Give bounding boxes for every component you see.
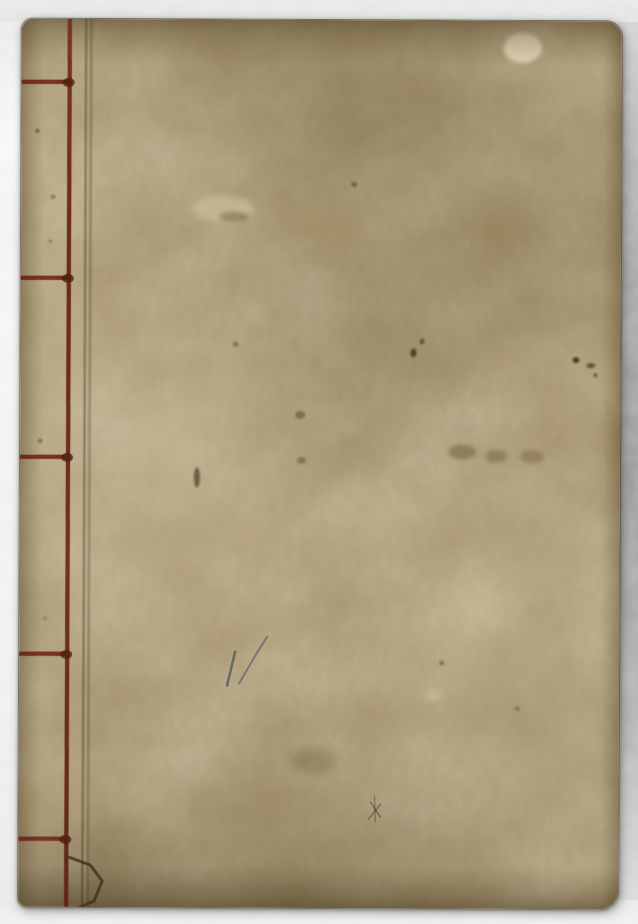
strokes-overlay [18, 19, 622, 910]
book-cover [17, 18, 623, 911]
stroke-pencil-mark-1 [227, 652, 235, 686]
stroke-corner-crease-mark [68, 857, 102, 907]
stroke-pencil-mark-2 [239, 637, 267, 684]
stroke-faded-scribble-3 [374, 796, 375, 822]
